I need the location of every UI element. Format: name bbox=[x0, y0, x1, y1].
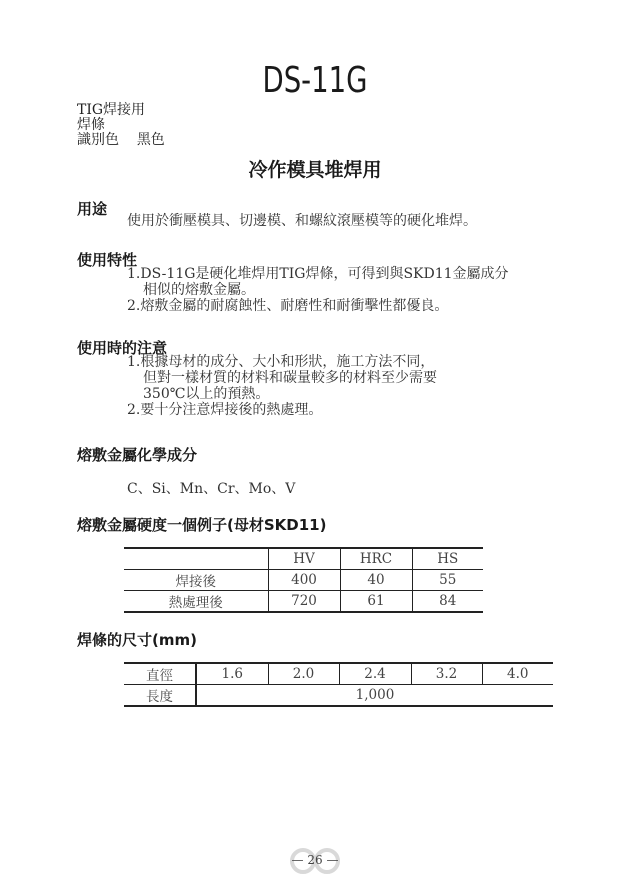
row-label: 焊接後 bbox=[124, 570, 268, 591]
hardness-header-hs: HS bbox=[412, 548, 483, 570]
diameter-value: 2.4 bbox=[339, 663, 411, 685]
table-row: 熱處理後 720 61 84 bbox=[124, 591, 483, 613]
characteristics-item-2: 2.熔敷金屬的耐腐蝕性、耐磨性和耐衝擊性都優良。 bbox=[127, 298, 448, 314]
identification-color-value: 黑色 bbox=[137, 132, 165, 148]
footer-logo: — 26 — bbox=[280, 848, 350, 874]
dimensions-table: 直徑 1.6 2.0 2.4 3.2 4.0 長度 1,000 bbox=[124, 662, 553, 707]
cell-hrc: 61 bbox=[340, 591, 412, 613]
type-line: 焊條 bbox=[77, 118, 105, 133]
cell-hrc: 40 bbox=[340, 570, 412, 591]
chemical-heading: 熔敷金屬化學成分 bbox=[77, 444, 197, 465]
subtitle: 冷作模具堆焊用 bbox=[0, 155, 630, 182]
diameter-label: 直徑 bbox=[124, 663, 196, 685]
hardness-header-row: HV HRC HS bbox=[124, 548, 483, 570]
cell-hv: 720 bbox=[268, 591, 340, 613]
characteristics-item-1-line-1: 1.DS-11G是硬化堆焊用TIG焊條，可得到與SKD11金屬成分 bbox=[127, 266, 509, 282]
table-row: 焊接後 400 40 55 bbox=[124, 570, 483, 591]
page-footer: — 26 — bbox=[0, 848, 630, 878]
hardness-table: HV HRC HS 焊接後 400 40 55 熱處理後 720 61 84 bbox=[124, 547, 483, 613]
cell-hs: 55 bbox=[412, 570, 483, 591]
hardness-header-hrc: HRC bbox=[340, 548, 412, 570]
precautions-item-2: 2.要十分注意焊接後的熱處理。 bbox=[127, 402, 322, 418]
identification-color-label: 識別色 bbox=[77, 132, 119, 148]
product-title: DS-11G bbox=[47, 60, 583, 101]
hardness-heading: 熔敷金屬硬度一個例子(母材SKD11) bbox=[77, 514, 326, 535]
diameter-value: 3.2 bbox=[411, 663, 482, 685]
precautions-item-1-line-1: 1.根據母材的成分、大小和形狀，施工方法不同， bbox=[127, 354, 434, 370]
cell-hs: 84 bbox=[412, 591, 483, 613]
diameter-value: 2.0 bbox=[268, 663, 339, 685]
usage-line: TIG焊接用 bbox=[77, 103, 145, 118]
dimensions-heading: 焊條的尺寸(mm) bbox=[77, 629, 197, 650]
row-label: 熱處理後 bbox=[124, 591, 268, 613]
application-heading: 用途 bbox=[77, 198, 107, 219]
chemical-elements: C、Si、Mn、Cr、Mo、V bbox=[127, 481, 295, 497]
diameter-value: 1.6 bbox=[196, 663, 268, 685]
hardness-header-hv: HV bbox=[268, 548, 340, 570]
page-number: — 26 — bbox=[280, 853, 350, 867]
page-number-value: 26 bbox=[307, 853, 322, 867]
identification-color-line: 識別色 黑色 bbox=[77, 133, 165, 148]
length-row: 長度 1,000 bbox=[124, 685, 553, 707]
precautions-item-1-line-3: 350℃以上的預熱。 bbox=[143, 386, 269, 402]
cell-hv: 400 bbox=[268, 570, 340, 591]
precautions-item-1-line-2: 但對一樣材質的材料和碳量較多的材料至少需要 bbox=[143, 370, 437, 386]
hardness-header-blank bbox=[124, 548, 268, 570]
diameter-value: 4.0 bbox=[482, 663, 553, 685]
length-value: 1,000 bbox=[196, 685, 553, 707]
application-text: 使用於衝壓模具、切邊模、和螺紋滾壓模等的硬化堆焊。 bbox=[127, 213, 477, 229]
length-label: 長度 bbox=[124, 685, 196, 707]
diameter-row: 直徑 1.6 2.0 2.4 3.2 4.0 bbox=[124, 663, 553, 685]
characteristics-item-1-line-2: 相似的熔敷金屬。 bbox=[143, 282, 255, 298]
